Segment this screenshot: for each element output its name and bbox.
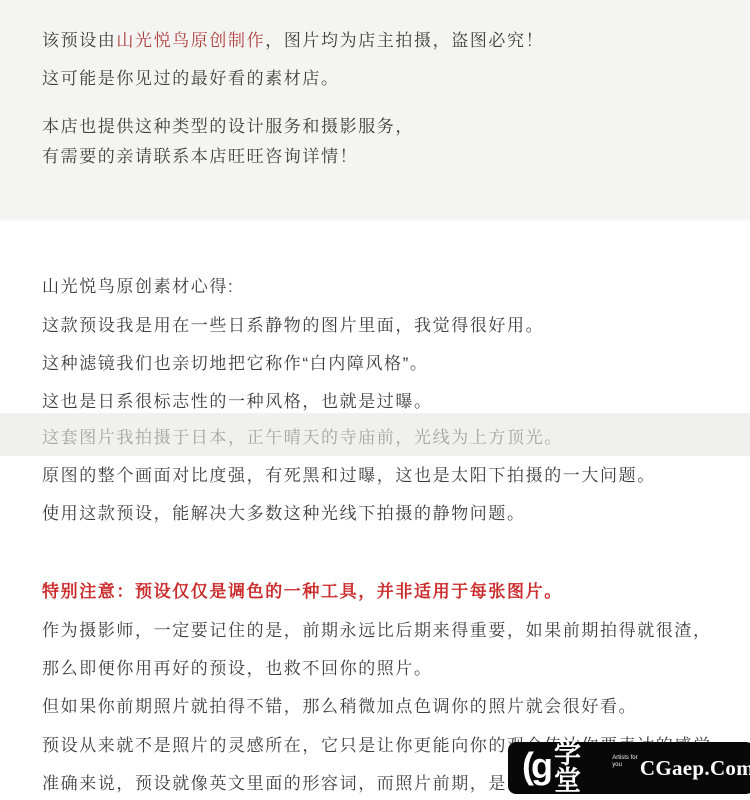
special-warning-line: 特别注意：预设仅仅是调色的一种工具，并非适用于每张图片。 bbox=[42, 581, 563, 603]
notes-line-solution: 使用这款预设，能解决大多数这种光线下拍摄的静物问题。 bbox=[42, 503, 526, 525]
advice-line-good-photo: 但如果你前期照片就拍得不错，那么稍微加点色调你的照片就会很好看。 bbox=[42, 696, 637, 718]
watermark-brand-text: 学堂 bbox=[554, 741, 609, 795]
intro-line-contact: 有需要的亲请联系本店旺旺咨询详情！ bbox=[42, 146, 358, 168]
watermark-site-url: CGaep.Com bbox=[640, 756, 750, 781]
intro-copyright-prefix: 该预设由 bbox=[42, 31, 116, 50]
advice-line-adjective: 准确来说，预设就像英文里面的形容词，而照片前期，是动 bbox=[42, 773, 526, 795]
notes-line-filter-nickname: 这种滤镜我们也亲切地把它称作“白内障风格”。 bbox=[42, 353, 429, 375]
intro-line-copyright: 该预设由山光悦鸟原创制作，图片均为店主拍摄，盗图必究！ bbox=[42, 30, 544, 52]
notes-line-shooting-location-faded: 这套图片我拍摄于日本，正午晴天的寺庙前，光线为上方顶光。 bbox=[42, 427, 563, 449]
advice-line-photographer: 作为摄影师，一定要记住的是，前期永远比后期来得重要，如果前期拍得就很渣， bbox=[42, 620, 712, 642]
notes-line-contrast-problem: 原图的整个画面对比度强，有死黑和过曝，这也是太阳下拍摄的一大问题。 bbox=[42, 465, 656, 487]
notes-line-style: 这也是日系很标志性的一种风格，也就是过曝。 bbox=[42, 391, 433, 413]
product-description-page: 该预设由山光悦鸟原创制作，图片均为店主拍摄，盗图必究！ 这可能是你见过的最好看的… bbox=[0, 0, 750, 800]
cg-xuetang-logo-icon: (g bbox=[522, 748, 550, 784]
notes-heading: 山光悦鸟原创素材心得: bbox=[42, 276, 234, 298]
intro-line-tagline: 这可能是你见过的最好看的素材店。 bbox=[42, 68, 340, 90]
advice-line-cannot-save: 那么即便你用再好的预设，也救不回你的照片。 bbox=[42, 658, 433, 680]
intro-copyright-suffix: ，图片均为店主拍摄，盗图必究！ bbox=[265, 31, 544, 50]
intro-line-services: 本店也提供这种类型的设计服务和摄影服务， bbox=[42, 116, 414, 138]
watermark-tagline: Artists for you bbox=[612, 755, 638, 768]
notes-line-usage: 这款预设我是用在一些日系静物的图片里面，我觉得很好用。 bbox=[42, 315, 544, 337]
watermark-badge: (g 学堂 Artists for you CGaep.Com bbox=[508, 742, 750, 794]
brand-name-text: 山光悦鸟原创制作 bbox=[116, 31, 265, 50]
